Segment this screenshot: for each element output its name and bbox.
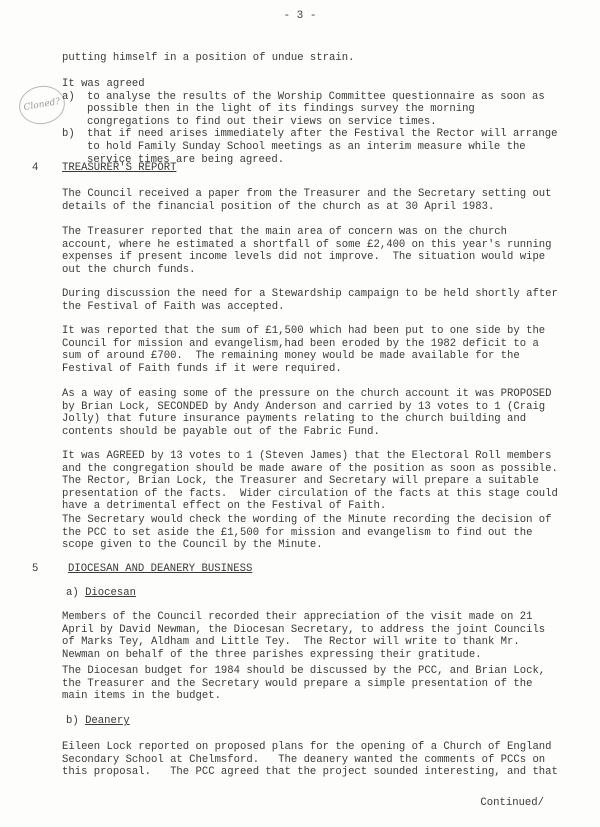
section-4-para: The Treasurer reported that the main are… [62,226,562,276]
section-4-para: As a way of easing some of the pressure … [62,388,562,438]
section-4-para: It was reported that the sum of £1,500 w… [62,325,562,375]
section-5-heading: 5 DIOCESAN AND DEANERY BUSINESS [32,563,252,576]
section-5-para: Members of the Council recorded their ap… [62,611,562,661]
section-4-heading: 4 TREASURER'S REPORT [32,162,176,175]
section-4-para: During discussion the need for a Steward… [62,288,562,313]
list-item: b) that if need arises immediately after… [62,128,562,166]
section-5-para: The Diocesan budget for 1984 should be d… [62,665,562,703]
agreed-list: It was agreed a) to analyse the results … [62,78,562,166]
section-4-para: The Secretary would check the wording of… [62,514,562,552]
carryover-text: putting himself in a position of undue s… [62,52,562,65]
handwritten-annotation: Cloned? [16,82,68,127]
subsection-deanery-heading: b) Deanery [66,715,130,728]
agreed-label: It was agreed [62,78,562,91]
list-item: a) to analyse the results of the Worship… [62,91,562,129]
page-number: - 3 - [0,10,600,23]
section-5-para: Eileen Lock reported on proposed plans f… [62,741,562,779]
section-4-para: It was AGREED by 13 votes to 1 (Steven J… [62,450,562,513]
continued-label: Continued/ [480,797,544,810]
subsection-diocesan-heading: a) Diocesan [66,587,136,600]
section-4-para: The Council received a paper from the Tr… [62,188,562,213]
